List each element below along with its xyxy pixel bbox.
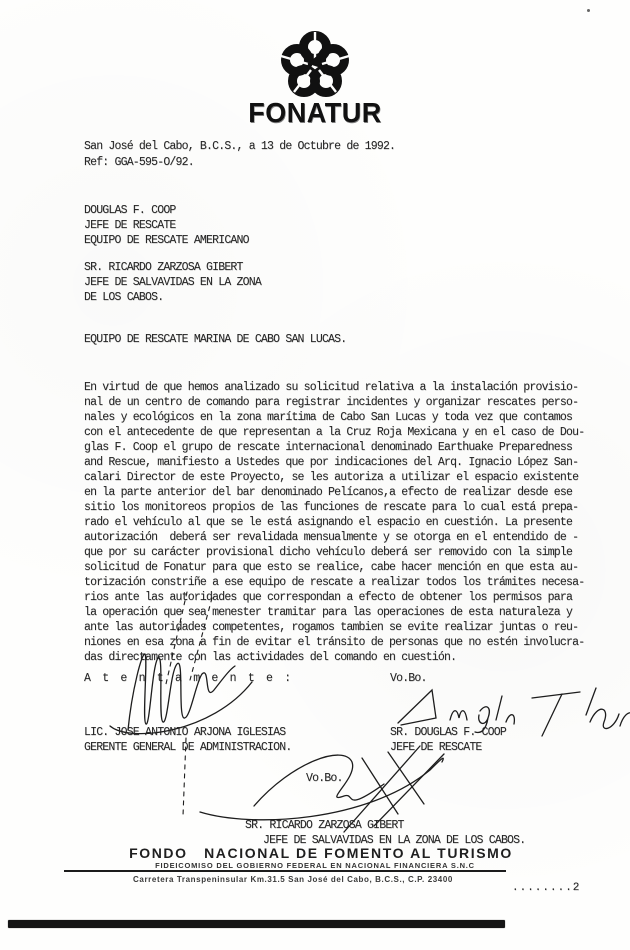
body-line: and Rescue, manifiesto a Ustedes que por…	[84, 455, 604, 470]
scan-artifact-bar	[8, 920, 505, 928]
body-line: que por su carácter provisional dicho ve…	[84, 545, 604, 560]
recipient-title-2: DE LOS CABOS.	[84, 290, 261, 305]
recipient-org: EQUIPO DE RESCATE AMERICANO	[84, 233, 249, 248]
footer-rule	[64, 870, 506, 872]
body-line: solicitud de Fonatur para que esto se re…	[84, 560, 604, 575]
signer-left-name: LIC. JOSE ANTONIO ARJONA IGLESIAS	[84, 725, 285, 740]
body-line: nales y ecológicos en la zona marítima d…	[84, 410, 604, 425]
body-line: En virtud de que hemos analizado su soli…	[84, 380, 604, 395]
footer-org-subtitle: FIDEICOMISO DEL GOBIERNO FEDERAL EN NACI…	[155, 861, 475, 870]
body-line: nal de un centro de comando para registr…	[84, 395, 604, 410]
footer-org-name: FONDO NACIONAL DE FOMENTO AL TURISMO	[129, 845, 513, 861]
recipient-name: SR. RICARDO ZARZOSA GIBERT	[84, 260, 261, 275]
recipient-block-1: DOUGLAS F. COOP JEFE DE RESCATE EQUIPO D…	[84, 203, 249, 248]
recipient-block-2: SR. RICARDO ZARZOSA GIBERT JEFE DE SALVA…	[84, 260, 261, 305]
fonatur-logo-icon	[277, 30, 353, 102]
body-line: sitio los monitoreos propios de las func…	[84, 500, 604, 515]
recipient-title: JEFE DE RESCATE	[84, 218, 249, 233]
letterhead: FONATUR	[0, 30, 630, 129]
letter-page: FONATUR San José del Cabo, B.C.S., a 13 …	[0, 0, 630, 950]
recipient-block-3: EQUIPO DE RESCATE MARINA DE CABO SAN LUC…	[84, 332, 346, 347]
scan-speck	[587, 9, 590, 12]
logo-wordmark: FONATUR	[0, 98, 630, 130]
body-line: autorización deberá ser revalidada mensu…	[84, 530, 604, 545]
ref-line: Ref: GGA-595-O/92.	[84, 155, 194, 170]
page-marker: ........2	[512, 881, 580, 896]
signer-right-name: SR. DOUGLAS F. COOP	[390, 725, 506, 740]
recipient-title: JEFE DE SALVAVIDAS EN LA ZONA	[84, 275, 261, 290]
body-line: en la parte anterior del bar denominado …	[84, 485, 604, 500]
body-line: con el antecedente de que representan a …	[84, 425, 604, 440]
footer-address: Carretera Transpeninsular Km.31.5 San Jo…	[133, 875, 453, 884]
recipient-name: DOUGLAS F. COOP	[84, 203, 249, 218]
signer-center-name: SR. RICARDO ZARZOSA GIBERT	[245, 818, 404, 833]
body-line: glas F. Coop el grupo de rescate interna…	[84, 440, 604, 455]
body-line: rado el vehículo al que se le está asign…	[84, 515, 604, 530]
date-line: San José del Cabo, B.C.S., a 13 de Octub…	[84, 139, 395, 154]
body-line: calari Director de este Proyecto, se les…	[84, 470, 604, 485]
